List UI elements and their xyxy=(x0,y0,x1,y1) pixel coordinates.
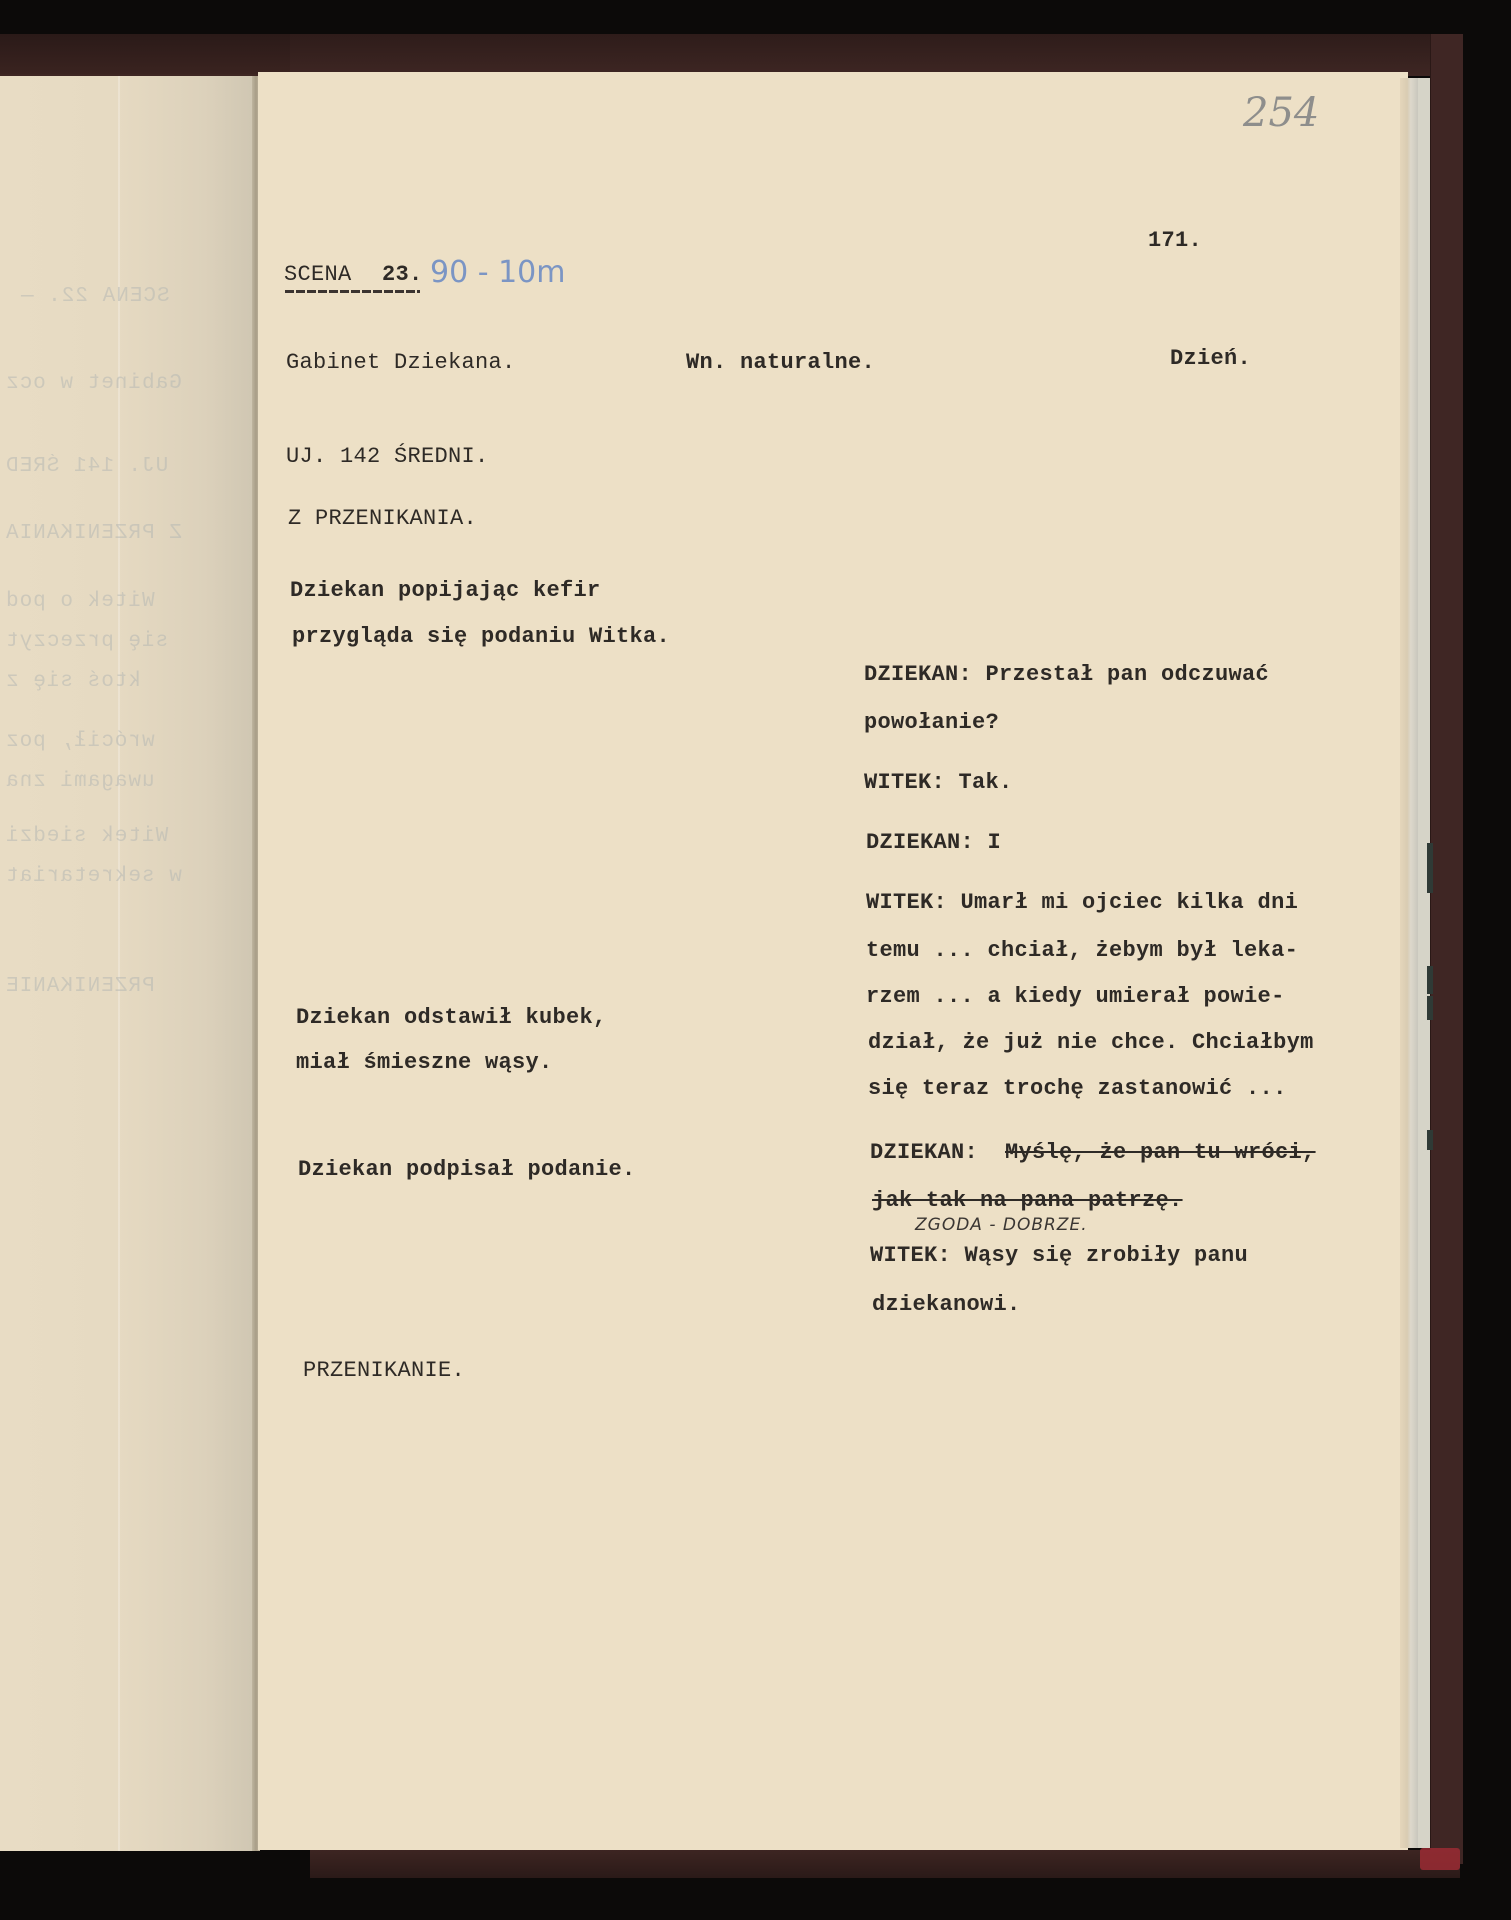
bleed-line: ktoś się z xyxy=(5,670,141,693)
action-line: przygląda się podaniu Witka. xyxy=(292,624,670,649)
action-line: Dziekan podpisał podanie. xyxy=(298,1157,636,1182)
shot-description: UJ. 142 ŚREDNI. xyxy=(286,444,489,469)
bleed-line: uwagami zna xyxy=(5,770,155,793)
dialogue-line: dziekanowi. xyxy=(872,1292,1021,1317)
dialogue-line: DZIEKAN: Przestał pan odczuwać xyxy=(864,662,1269,687)
page-edge-strip xyxy=(1418,78,1430,1848)
dialogue-line: WITEK: Wąsy się zrobiły panu xyxy=(870,1243,1248,1268)
dialogue-line: rzem ... a kiedy umierał powie- xyxy=(866,984,1285,1009)
dialogue-speaker: DZIEKAN: xyxy=(870,1140,978,1165)
left-page-fold xyxy=(118,76,120,1851)
bleed-line: UJ. 141 ŚRED xyxy=(5,455,168,478)
scene-location: Gabinet Dziekana. xyxy=(286,350,516,375)
struck-dialogue-line: Myślę, że pan tu wróci, xyxy=(1005,1140,1316,1165)
handwritten-correction: ZGODA - DOBRZE. xyxy=(915,1215,1088,1235)
bleed-line: się przeczyt xyxy=(5,630,168,653)
book-cover-top-left xyxy=(0,34,290,74)
scene-time-of-day: Dzień. xyxy=(1170,346,1251,371)
typed-page-number: 171. xyxy=(1148,228,1202,253)
handwritten-duration-note: 90 - 10m xyxy=(430,255,565,290)
action-line: Dziekan odstawił kubek, xyxy=(296,1005,607,1030)
dialogue-line: WITEK: Tak. xyxy=(864,770,1013,795)
transition-out: PRZENIKANIE. xyxy=(303,1358,465,1383)
dialogue-line: powołanie? xyxy=(864,710,999,735)
dialogue-line: temu ... chciał, żebym był leka- xyxy=(866,938,1298,963)
bleed-line: Z PRZENIKANIA xyxy=(5,522,182,545)
bleed-line: Witek siedzi xyxy=(5,825,168,848)
struck-dialogue-line: jak tak na pana patrzę. xyxy=(872,1188,1183,1213)
edge-mark xyxy=(1427,966,1433,994)
dialogue-line: WITEK: Umarł mi ojciec kilka dni xyxy=(866,890,1298,915)
action-line: Dziekan popijając kefir xyxy=(290,578,601,603)
worn-cover-corner xyxy=(1420,1848,1460,1870)
dialogue-line: DZIEKAN: I xyxy=(866,830,1001,855)
book-cover-right-edge xyxy=(1430,34,1463,1864)
bleed-line: Gabinet w ocz xyxy=(5,372,182,395)
edge-mark xyxy=(1427,843,1433,893)
dialogue-line: dział, że już nie chce. Chciałbym xyxy=(868,1030,1314,1055)
transition-in: Z PRZENIKANIA. xyxy=(288,506,477,531)
bleed-line: w sekretariat xyxy=(5,865,182,888)
edge-mark xyxy=(1427,1130,1433,1150)
page-stack-edges xyxy=(1400,78,1418,1848)
scene-setting: Wn. naturalne. xyxy=(686,350,875,375)
bleed-line: wrócił, poz xyxy=(5,730,155,753)
handwritten-page-number: 254 xyxy=(1243,90,1319,136)
bleed-line: SCENA 22. — xyxy=(20,285,170,308)
book-cover-bottom xyxy=(310,1850,1460,1878)
action-line: miał śmieszne wąsy. xyxy=(296,1050,553,1075)
left-page xyxy=(0,76,256,1851)
bleed-line: PRZENIKANIE xyxy=(5,975,155,998)
scene-number-crossed: 23. xyxy=(382,262,423,287)
dialogue-line: się teraz trochę zastanowić ... xyxy=(868,1076,1287,1101)
bleed-line: Witek o pod xyxy=(5,590,155,613)
scene-label: SCENA xyxy=(284,262,352,287)
edge-mark xyxy=(1427,996,1433,1020)
scene-underline xyxy=(285,290,420,293)
